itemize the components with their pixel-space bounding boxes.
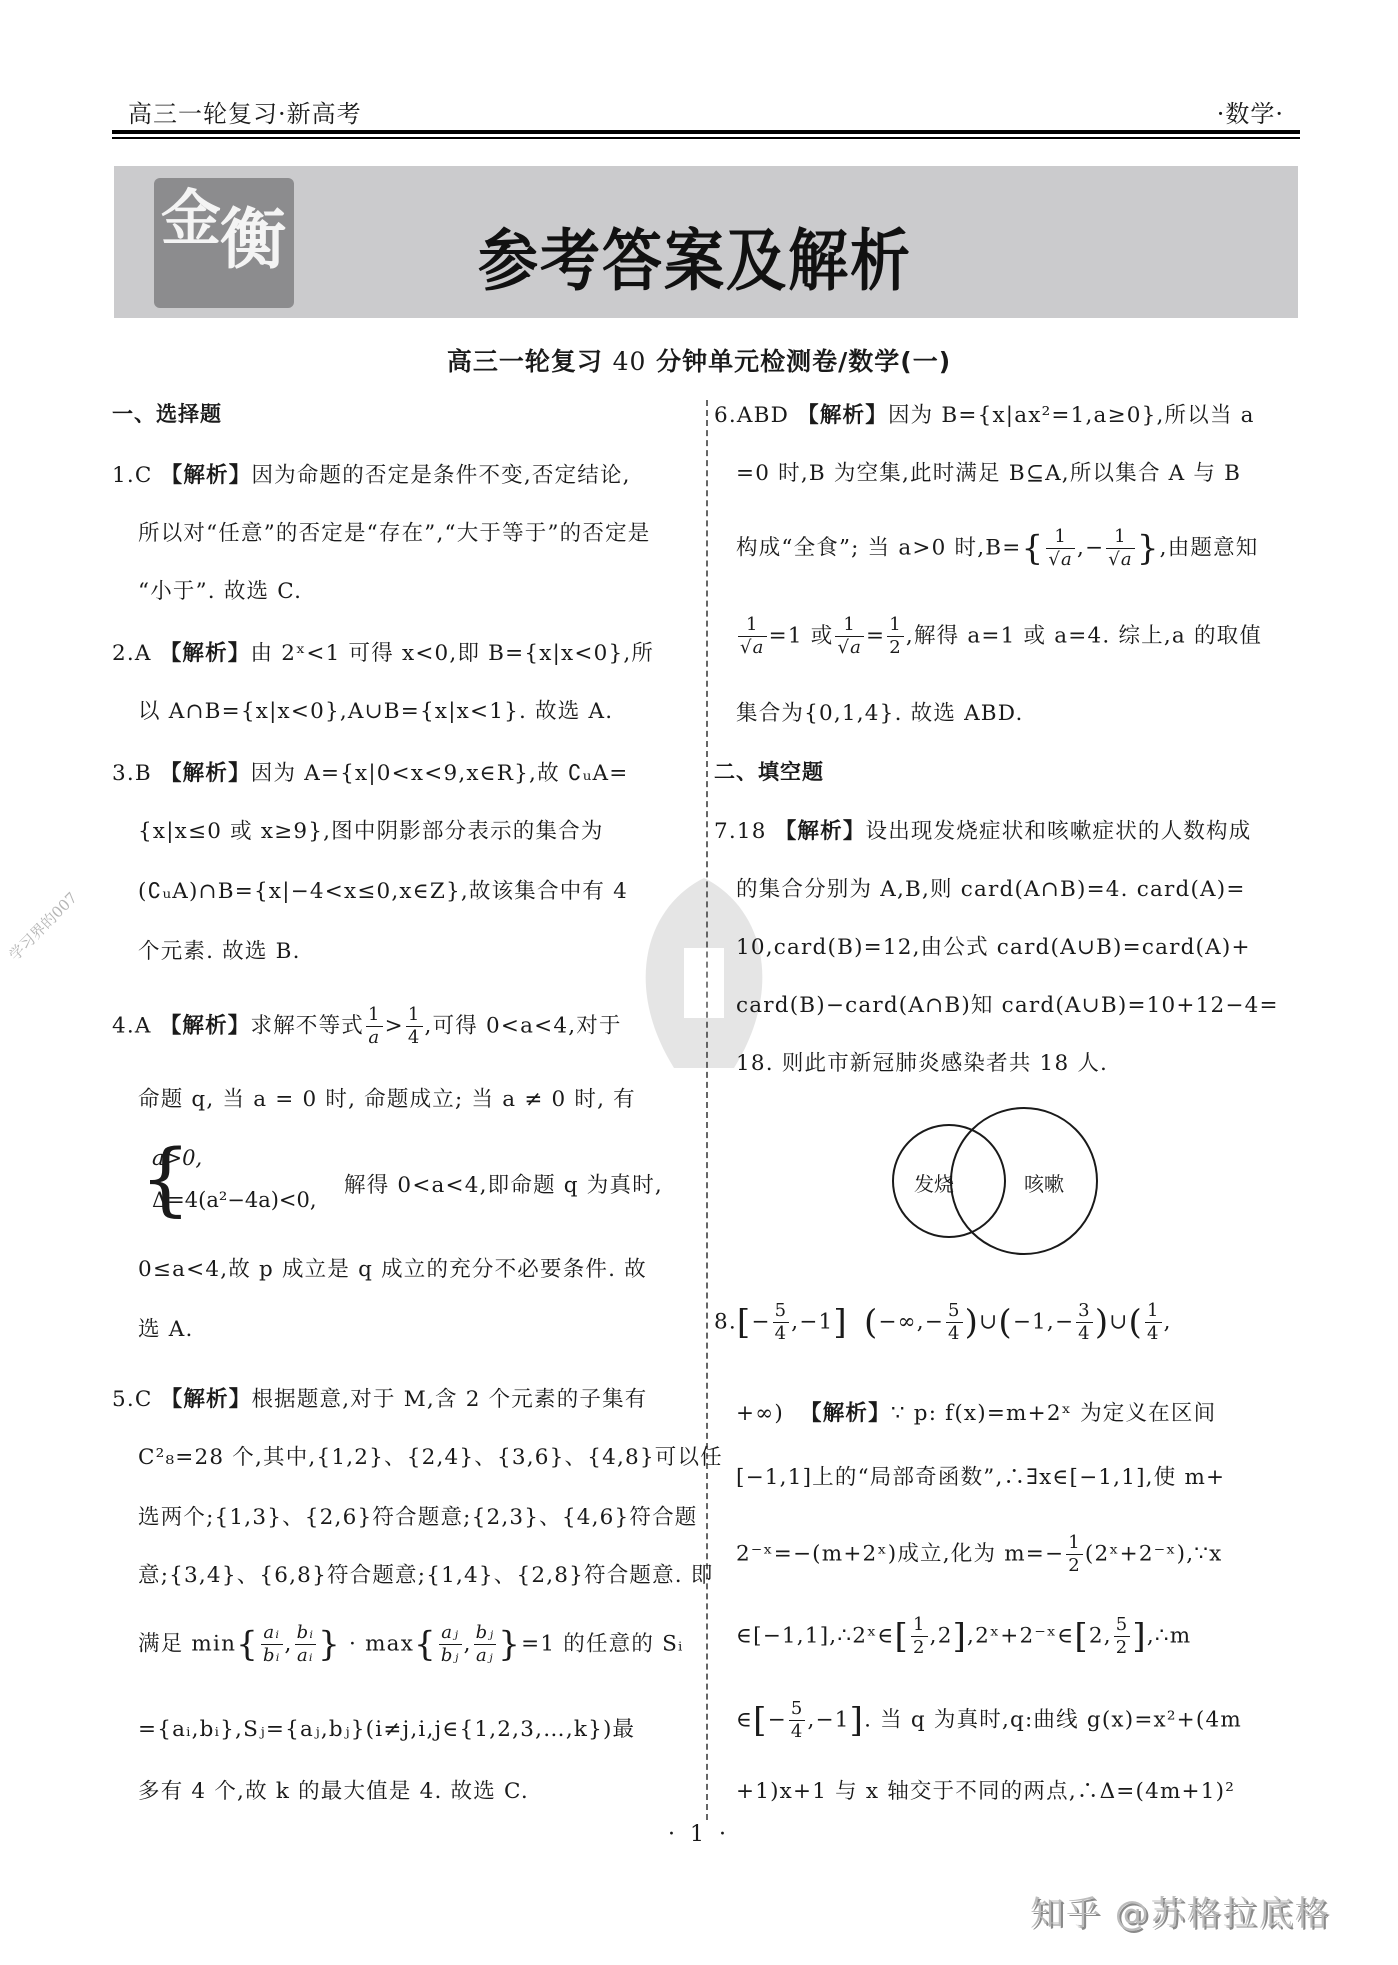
analysis-tag: 【解析】 (800, 1401, 891, 1426)
title-banner: 金 衡 参考答案及解析 (114, 166, 1298, 318)
q1-line-2: 所以对“任意”的否定是“存在”,“大于等于”的否定是 (138, 516, 651, 547)
q5-line-4: 意;{3,4}、{6,8}符合题意;{1,4}、{2,8}符合题意. 即 (138, 1558, 714, 1589)
frac-1-sqrt-a: 1√a (738, 614, 767, 659)
q8-text-c: ∈[−1,1],∴2ˣ∈ (736, 1624, 895, 1649)
q8-text-a: 2⁻ˣ=−(m+2ˣ)成立,化为 m=− (736, 1542, 1064, 1567)
q5-line-1: 5.C 【解析】根据题意,对于 M,含 2 个元素的子集有 (112, 1382, 648, 1413)
venn-label-fever: 发烧 (914, 1168, 954, 1197)
q8-text-f: ∈ (736, 1708, 753, 1733)
zhihu-watermark: 知乎 @苏格拉底格 (1030, 1886, 1331, 1935)
q2-text: 由 2ˣ<1 可得 x<0,即 B={x|x<0},所 (251, 641, 655, 666)
frac-3-over-4: 34 (1076, 1300, 1093, 1345)
header-rule-thin (112, 137, 1300, 139)
frac-1-over-2: 12 (911, 1614, 928, 1659)
header-rule-thick (112, 130, 1300, 134)
analysis-tag: 【解析】 (160, 761, 251, 786)
q2-answer: 2.A (112, 641, 152, 666)
q4-line-4: 0≤a<4,故 p 成立是 q 成立的充分不必要条件. 故 (138, 1252, 647, 1283)
title-pre: 高三一轮复习 (447, 347, 603, 376)
column-divider (706, 400, 708, 1820)
running-header: 高三一轮复习·新高考 ·数学· (112, 88, 1300, 128)
banner-title: 参考答案及解析 (478, 208, 912, 304)
q3-answer: 3.B (112, 761, 152, 786)
frac-1-sqrt-a: 1√a (1046, 526, 1075, 571)
q5-answer: 5.C (112, 1387, 153, 1412)
q7-line-1: 7.18 【解析】设出现发烧症状和咳嗽症状的人数构成 (714, 814, 1251, 845)
header-subject: ·数学· (1217, 94, 1284, 129)
q1-line-1: 1.C 【解析】因为命题的否定是条件不变,否定结论, (112, 458, 631, 489)
venn-label-cough: 咳嗽 (1024, 1168, 1064, 1197)
q3-line-2: {x|x≤0 或 x≥9},图中阴影部分表示的集合为 (138, 814, 604, 845)
analysis-tag: 【解析】 (161, 1387, 252, 1412)
page-title: 高三一轮复习 40 分钟单元检测卷/数学(一) (0, 342, 1398, 378)
section-heading-choice: 一、选择题 (112, 398, 222, 428)
q3-line-1: 3.B 【解析】因为 A={x|0<x<9,x∈R},故 ∁ᵤA= (112, 756, 628, 787)
analysis-tag: 【解析】 (797, 403, 888, 428)
frac-1-sqrt-a: 1√a (835, 614, 864, 659)
q1-text: 因为命题的否定是条件不变,否定结论, (251, 463, 630, 488)
frac-bj-aj: bⱼaⱼ (474, 1622, 497, 1667)
q4-line-5: 选 A. (138, 1312, 194, 1343)
q8-line-1: 8.[−54,−1] (−∞,−54)∪(−1,−34)∪(14, (714, 1300, 1172, 1345)
q5-text: 根据题意,对于 M,含 2 个元素的子集有 (251, 1387, 647, 1412)
q8-text-g: . 当 q 为真时,q:曲线 g(x)=x²+(4m (864, 1708, 1242, 1733)
title-post: 分钟单元检测卷/数学(一) (656, 347, 951, 376)
q5-min-label: 满足 min (138, 1632, 236, 1657)
q6-eq: = (866, 624, 885, 649)
q5-text-c: =1 的任意的 Sᵢ (521, 1632, 683, 1657)
fraction-1-over-4: 14 (406, 1004, 423, 1049)
q4-equation-system: { a>0, Δ=4(a²−4a)<0, 解得 0<a<4,即命题 q 为真时, (140, 1140, 700, 1226)
q5-line-3: 选两个;{1,3}、{2,6}符合题意;{2,3}、{4,6}符合题 (138, 1500, 698, 1531)
frac-5-over-4: 54 (789, 1698, 806, 1743)
frac-5-over-4: 54 (773, 1300, 790, 1345)
frac-1-over-2: 12 (1066, 1532, 1083, 1577)
q6-text-b: ,由题意知 (1160, 536, 1259, 561)
q3-line-3: (∁ᵤA)∩B={x|−4<x≤0,x∈Z},故该集合中有 4 (138, 874, 628, 905)
system-row-2: Δ=4(a²−4a)<0, (152, 1188, 317, 1212)
q6-line-5: 集合为{0,1,4}. 故选 ABD. (736, 696, 1024, 727)
analysis-tag: 【解析】 (775, 819, 866, 844)
seal-char-1: 金 (158, 186, 214, 246)
q8-text-d: ,2ˣ+2⁻ˣ∈ (967, 1624, 1074, 1649)
venn-diagram: 发烧 咳嗽 (884, 1104, 1124, 1264)
fraction-1-over-a: 1a (366, 1004, 383, 1049)
q5-line-6: ={aᵢ,bᵢ},Sⱼ={aⱼ,bⱼ}(i≠j,i,j∈{1,2,3,…,k})… (138, 1712, 635, 1743)
frac-1-over-4: 14 (1145, 1300, 1162, 1345)
q8-line-4: 2⁻ˣ=−(m+2ˣ)成立,化为 m=−12(2ˣ+2⁻ˣ),∵x (736, 1532, 1222, 1577)
q6-text-a: 构成“全食”; 当 a>0 时,B= (736, 536, 1022, 561)
frac-ai-bi: aᵢbᵢ (261, 1622, 283, 1667)
q3-line-4: 个元素. 故选 B. (138, 934, 301, 965)
analysis-tag: 【解析】 (160, 1014, 251, 1039)
q6-text-d: ,解得 a=1 或 a=4. 综上,a 的取值 (906, 624, 1262, 649)
q1-line-3: “小于”. 故选 C. (138, 574, 302, 605)
q5-max-label: · max (349, 1632, 414, 1657)
q7-line-4: card(B)−card(A∩B)知 card(A∪B)=10+12−4= (736, 988, 1279, 1019)
q7-text: 设出现发烧症状和咳嗽症状的人数构成 (866, 819, 1252, 844)
q4-answer: 4.A (112, 1014, 152, 1039)
q6-text-c: =1 或 (769, 624, 834, 649)
q4-text-b: ,可得 0<a<4,对于 (425, 1014, 622, 1039)
frac-1-over-2: 12 (887, 614, 904, 659)
section-heading-fill: 二、填空题 (714, 756, 824, 786)
frac-5-over-4: 54 (946, 1300, 963, 1345)
analysis-tag: 【解析】 (160, 641, 251, 666)
q8-line-2: +∞) 【解析】∵ p: f(x)=m+2ˣ 为定义在区间 (736, 1396, 1216, 1427)
q7-line-2: 的集合分别为 A,B,则 card(A∩B)=4. card(A)= (736, 872, 1246, 903)
q8-answer-end: +∞) (736, 1401, 784, 1426)
q3-text: 因为 A={x|0<x<9,x∈R},故 ∁ᵤA= (251, 761, 629, 786)
q8-line-5: ∈[−1,1],∴2ˣ∈[12,2],2ˣ+2⁻ˣ∈[2,52],∴m (736, 1614, 1191, 1659)
analysis-tag: 【解析】 (161, 463, 252, 488)
q8-text: ∵ p: f(x)=m+2ˣ 为定义在区间 (891, 1401, 1216, 1426)
page-number: · 1 · (0, 1822, 1398, 1847)
q8-text-b: (2ˣ+2⁻ˣ),∵x (1085, 1542, 1223, 1567)
q8-line-6: ∈[−54,−1]. 当 q 为真时,q:曲线 g(x)=x²+(4m (736, 1698, 1242, 1743)
q7-answer: 7.18 (714, 819, 767, 844)
q6-line-2: =0 时,B 为空集,此时满足 B⊆A,所以集合 A 与 B (736, 456, 1241, 487)
q8-line-7: +1)x+1 与 x 轴交于不同的两点,∴Δ=(4m+1)² (736, 1774, 1235, 1805)
q8-text-e: ,∴m (1147, 1624, 1192, 1649)
q2-line-2: 以 A∩B={x|x<0},A∪B={x|x<1}. 故选 A. (138, 694, 613, 725)
header-series: 高三一轮复习·新高考 (128, 94, 362, 129)
q5-line-5: 满足 min{aᵢbᵢ,bᵢaᵢ} · max{aⱼbⱼ,bⱼaⱼ}=1 的任意… (138, 1622, 684, 1667)
q6-text: 因为 B={x|ax²=1,a≥0},所以当 a (888, 403, 1255, 428)
q5-line-2: C²₈=28 个,其中,{1,2}、{2,4}、{3,6}、{4,8}可以任 (138, 1440, 723, 1471)
q8-number: 8. (714, 1310, 737, 1335)
q4-line-1: 4.A 【解析】求解不等式1a>14,可得 0<a<4,对于 (112, 1004, 622, 1049)
q6-line-1: 6.ABD 【解析】因为 B={x|ax²=1,a≥0},所以当 a (714, 398, 1255, 429)
frac-1-sqrt-a: 1√a (1106, 526, 1135, 571)
system-row-1: a>0, (152, 1146, 202, 1170)
q6-line-4: 1√a=1 或1√a=12,解得 a=1 或 a=4. 综上,a 的取值 (736, 614, 1262, 659)
q5-line-7: 多有 4 个,故 k 的最大值是 4. 故选 C. (138, 1774, 529, 1805)
title-num: 40 (613, 347, 647, 376)
q1-answer: 1.C (112, 463, 153, 488)
q6-line-3: 构成“全食”; 当 a>0 时,B={1√a,−1√a},由题意知 (736, 526, 1259, 571)
frac-aj-bj: aⱼbⱼ (439, 1622, 462, 1667)
seal-char-2: 衡 (220, 184, 286, 294)
q6-answer: 6.ABD (714, 403, 789, 428)
frac-bi-ai: bᵢaᵢ (295, 1622, 317, 1667)
q2-line-1: 2.A 【解析】由 2ˣ<1 可得 x<0,即 B={x|x<0},所 (112, 636, 654, 667)
q4-text-a: 求解不等式 (251, 1014, 365, 1039)
side-watermark: 学习界的007 (4, 887, 82, 965)
seal-logo-icon: 金 衡 (154, 178, 294, 308)
q4-line-2: 命题 q, 当 a = 0 时, 命题成立; 当 a ≠ 0 时, 有 (138, 1082, 636, 1113)
system-result: 解得 0<a<4,即命题 q 为真时, (344, 1168, 663, 1199)
frac-5-over-2: 52 (1114, 1614, 1131, 1659)
q7-line-5: 18. 则此市新冠肺炎感染者共 18 人. (736, 1046, 1108, 1077)
q7-line-3: 10,card(B)=12,由公式 card(A∪B)=card(A)+ (736, 930, 1251, 961)
q8-line-3: [−1,1]上的“局部奇函数”,∴∃x∈[−1,1],使 m+ (736, 1460, 1225, 1491)
